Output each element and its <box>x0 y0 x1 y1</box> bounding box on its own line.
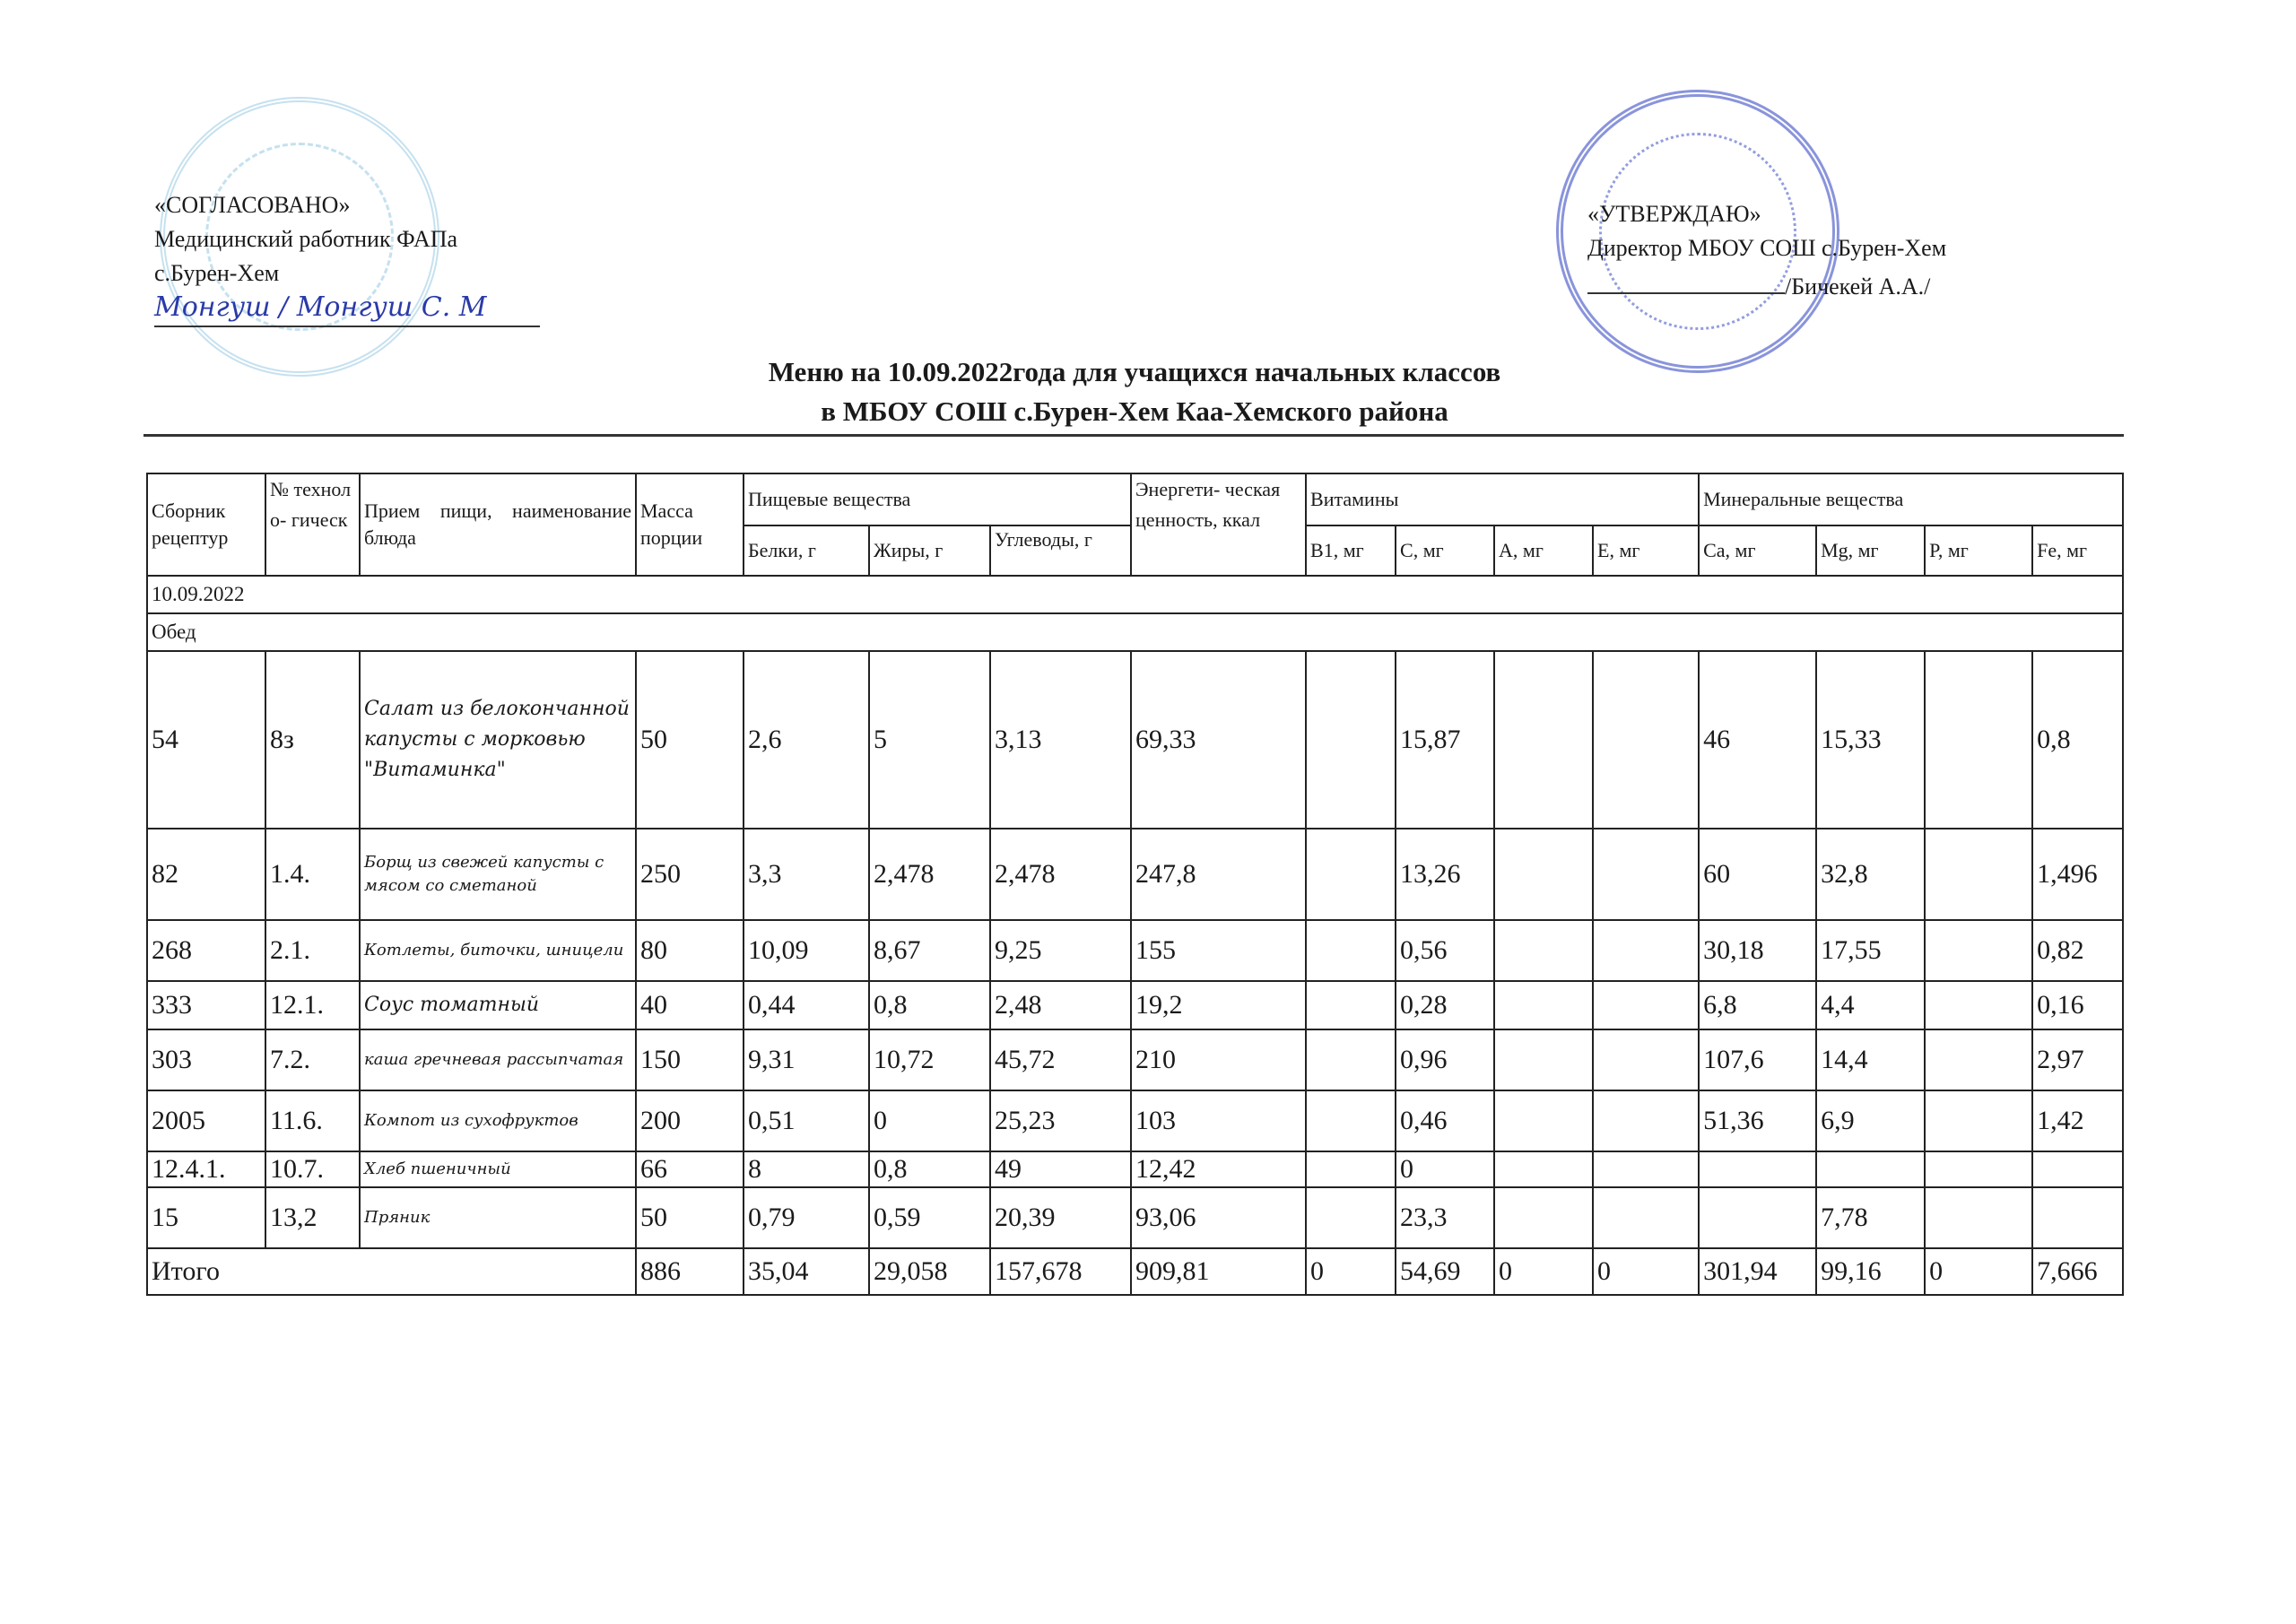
cell-mg: 7,78 <box>1816 1187 1925 1248</box>
cell-energy: 19,2 <box>1131 981 1306 1029</box>
cell-dish: каша гречневая рассыпчатая <box>360 1029 636 1090</box>
cell-dish: Компот из сухофруктов <box>360 1090 636 1151</box>
cell-mg: 6,9 <box>1816 1090 1925 1151</box>
cell-protein: 0,44 <box>744 981 869 1029</box>
approved-position: Директор МБОУ СОШ с.Бурен-Хем <box>1587 231 1946 265</box>
header-tech-no: № технол о- гическ <box>265 473 360 576</box>
header-nutrients: Пищевые вещества <box>744 473 1131 525</box>
table-row: 821.4.Борщ из свежей капусты с мясом со … <box>147 829 2123 920</box>
cell-c: 0,46 <box>1396 1090 1494 1151</box>
header-p: P, мг <box>1925 525 2032 576</box>
header-mg: Mg, мг <box>1816 525 1925 576</box>
cell-recipe: 82 <box>147 829 265 920</box>
cell-p <box>1925 651 2032 829</box>
cell-mg: 15,33 <box>1816 651 1925 829</box>
cell-e <box>1593 651 1699 829</box>
cell-fe <box>2032 1187 2123 1248</box>
cell-dish: Котлеты, биточки, шницели <box>360 920 636 981</box>
cell-recipe: 15 <box>147 1187 265 1248</box>
cell-fat: 0,8 <box>869 981 990 1029</box>
cell-b1 <box>1306 651 1396 829</box>
total-e: 0 <box>1593 1248 1699 1295</box>
cell-mg: 14,4 <box>1816 1029 1925 1090</box>
cell-carbs: 45,72 <box>990 1029 1131 1090</box>
cell-fat: 8,67 <box>869 920 990 981</box>
cell-fat: 2,478 <box>869 829 990 920</box>
menu-table: Сборник рецептур № технол о- гическ Прие… <box>146 473 2124 1296</box>
total-protein: 35,04 <box>744 1248 869 1295</box>
cell-protein: 0,79 <box>744 1187 869 1248</box>
cell-recipe: 54 <box>147 651 265 829</box>
cell-mg: 4,4 <box>1816 981 1925 1029</box>
total-c: 54,69 <box>1396 1248 1494 1295</box>
header-protein: Белки, г <box>744 525 869 576</box>
cell-dish: Борщ из свежей капусты с мясом со сметан… <box>360 829 636 920</box>
table-row: 3037.2.каша гречневая рассыпчатая1509,31… <box>147 1029 2123 1090</box>
cell-mass: 200 <box>636 1090 744 1151</box>
cell-fe: 0,16 <box>2032 981 2123 1029</box>
cell-protein: 3,3 <box>744 829 869 920</box>
total-mg: 99,16 <box>1816 1248 1925 1295</box>
cell-mg <box>1816 1151 1925 1187</box>
agreed-signature-line: Монгуш / Монгуш С. М <box>154 291 540 327</box>
cell-carbs: 2,48 <box>990 981 1131 1029</box>
cell-p <box>1925 829 2032 920</box>
header-energy: Энергети- ческая ценность, ккал <box>1131 473 1306 576</box>
cell-c: 15,87 <box>1396 651 1494 829</box>
cell-fe: 1,496 <box>2032 829 2123 920</box>
cell-ca <box>1699 1187 1816 1248</box>
header-vitamins: Витамины <box>1306 473 1699 525</box>
table-row: 200511.6.Компот из сухофруктов2000,51025… <box>147 1090 2123 1151</box>
cell-energy: 69,33 <box>1131 651 1306 829</box>
cell-a <box>1494 1187 1593 1248</box>
cell-tech: 7.2. <box>265 1029 360 1090</box>
title-underline <box>143 434 2124 437</box>
approved-signature-line <box>1587 265 1785 294</box>
cell-protein: 9,31 <box>744 1029 869 1090</box>
cell-mass: 50 <box>636 1187 744 1248</box>
cell-e <box>1593 829 1699 920</box>
cell-recipe: 12.4.1. <box>147 1151 265 1187</box>
agreed-location: с.Бурен-Хем <box>154 256 540 291</box>
cell-mass: 50 <box>636 651 744 829</box>
header-b1: B1, мг <box>1306 525 1396 576</box>
cell-a <box>1494 1151 1593 1187</box>
cell-p <box>1925 981 2032 1029</box>
cell-ca <box>1699 1151 1816 1187</box>
table-row: 1513,2Пряник500,790,5920,3993,0623,37,78 <box>147 1187 2123 1248</box>
cell-c: 0 <box>1396 1151 1494 1187</box>
cell-mass: 150 <box>636 1029 744 1090</box>
total-energy: 909,81 <box>1131 1248 1306 1295</box>
cell-protein: 8 <box>744 1151 869 1187</box>
cell-c: 0,28 <box>1396 981 1494 1029</box>
cell-fe: 2,97 <box>2032 1029 2123 1090</box>
cell-b1 <box>1306 981 1396 1029</box>
agreed-heading: «СОГЛАСОВАНО» <box>154 188 540 222</box>
date-row: 10.09.2022 <box>147 576 2123 613</box>
cell-tech: 10.7. <box>265 1151 360 1187</box>
header-dish: Прием пищи, наименование блюда <box>360 473 636 576</box>
cell-tech: 8з <box>265 651 360 829</box>
cell-e <box>1593 920 1699 981</box>
cell-p <box>1925 1151 2032 1187</box>
cell-energy: 103 <box>1131 1090 1306 1151</box>
total-fat: 29,058 <box>869 1248 990 1295</box>
header-recipe-book: Сборник рецептур <box>147 473 265 576</box>
cell-c: 0,56 <box>1396 920 1494 981</box>
total-ca: 301,94 <box>1699 1248 1816 1295</box>
cell-e <box>1593 1151 1699 1187</box>
cell-e <box>1593 981 1699 1029</box>
header-minerals: Минеральные вещества <box>1699 473 2123 525</box>
cell-b1 <box>1306 1090 1396 1151</box>
meal-row: Обед <box>147 613 2123 651</box>
cell-protein: 0,51 <box>744 1090 869 1151</box>
approved-block: «УТВЕРЖДАЮ» Директор МБОУ СОШ с.Бурен-Хе… <box>1587 197 1946 304</box>
cell-energy: 247,8 <box>1131 829 1306 920</box>
total-label: Итого <box>147 1248 636 1295</box>
cell-carbs: 25,23 <box>990 1090 1131 1151</box>
header-mass: Масса порции <box>636 473 744 576</box>
cell-mass: 66 <box>636 1151 744 1187</box>
cell-a <box>1494 920 1593 981</box>
cell-b1 <box>1306 829 1396 920</box>
cell-fat: 0,59 <box>869 1187 990 1248</box>
approved-heading: «УТВЕРЖДАЮ» <box>1587 197 1946 231</box>
cell-recipe: 333 <box>147 981 265 1029</box>
cell-p <box>1925 1187 2032 1248</box>
cell-carbs: 9,25 <box>990 920 1131 981</box>
cell-c: 23,3 <box>1396 1187 1494 1248</box>
cell-a <box>1494 1090 1593 1151</box>
cell-p <box>1925 920 2032 981</box>
total-a: 0 <box>1494 1248 1593 1295</box>
cell-a <box>1494 1029 1593 1090</box>
header-carbs: Углеводы, г <box>990 525 1131 576</box>
total-mass: 886 <box>636 1248 744 1295</box>
cell-a <box>1494 981 1593 1029</box>
cell-tech: 12.1. <box>265 981 360 1029</box>
cell-energy: 93,06 <box>1131 1187 1306 1248</box>
cell-fat: 5 <box>869 651 990 829</box>
cell-a <box>1494 829 1593 920</box>
cell-energy: 12,42 <box>1131 1151 1306 1187</box>
cell-fat: 0,8 <box>869 1151 990 1187</box>
cell-ca: 51,36 <box>1699 1090 1816 1151</box>
cell-mass: 40 <box>636 981 744 1029</box>
cell-protein: 2,6 <box>744 651 869 829</box>
cell-recipe: 2005 <box>147 1090 265 1151</box>
cell-carbs: 3,13 <box>990 651 1131 829</box>
cell-dish: Соус томатный <box>360 981 636 1029</box>
cell-recipe: 303 <box>147 1029 265 1090</box>
cell-tech: 13,2 <box>265 1187 360 1248</box>
cell-recipe: 268 <box>147 920 265 981</box>
cell-p <box>1925 1029 2032 1090</box>
table-row: 548зСалат из белокончанной капусты с мор… <box>147 651 2123 829</box>
agreed-block: «СОГЛАСОВАНО» Медицинский работник ФАПа … <box>154 188 540 327</box>
cell-p <box>1925 1090 2032 1151</box>
cell-b1 <box>1306 1151 1396 1187</box>
cell-ca: 30,18 <box>1699 920 1816 981</box>
cell-c: 13,26 <box>1396 829 1494 920</box>
header-a: A, мг <box>1494 525 1593 576</box>
header-c: C, мг <box>1396 525 1494 576</box>
title-line-1: Меню на 10.09.2022года для учащихся нача… <box>143 352 2126 392</box>
table-row: 33312.1.Соус томатный400,440,82,4819,20,… <box>147 981 2123 1029</box>
cell-e <box>1593 1187 1699 1248</box>
cell-carbs: 2,478 <box>990 829 1131 920</box>
total-carbs: 157,678 <box>990 1248 1131 1295</box>
cell-mass: 250 <box>636 829 744 920</box>
cell-energy: 210 <box>1131 1029 1306 1090</box>
cell-e <box>1593 1029 1699 1090</box>
cell-b1 <box>1306 1187 1396 1248</box>
cell-a <box>1494 651 1593 829</box>
cell-energy: 155 <box>1131 920 1306 981</box>
cell-ca: 6,8 <box>1699 981 1816 1029</box>
cell-dish: Пряник <box>360 1187 636 1248</box>
cell-fe <box>2032 1151 2123 1187</box>
cell-ca: 60 <box>1699 829 1816 920</box>
cell-carbs: 20,39 <box>990 1187 1131 1248</box>
total-fe: 7,666 <box>2032 1248 2123 1295</box>
header-fe: Fe, мг <box>2032 525 2123 576</box>
cell-b1 <box>1306 920 1396 981</box>
header-ca: Ca, мг <box>1699 525 1816 576</box>
cell-dish: Хлеб пшеничный <box>360 1151 636 1187</box>
header-fat: Жиры, г <box>869 525 990 576</box>
cell-dish: Салат из белокончанной капусты с морковь… <box>360 651 636 829</box>
cell-fat: 0 <box>869 1090 990 1151</box>
cell-fe: 0,82 <box>2032 920 2123 981</box>
cell-mg: 32,8 <box>1816 829 1925 920</box>
total-p: 0 <box>1925 1248 2032 1295</box>
cell-fe: 0,8 <box>2032 651 2123 829</box>
cell-protein: 10,09 <box>744 920 869 981</box>
cell-carbs: 49 <box>990 1151 1131 1187</box>
agreed-signature: Монгуш / Монгуш С. М <box>154 291 487 323</box>
cell-tech: 11.6. <box>265 1090 360 1151</box>
approved-name: /Бичекей А.А./ <box>1785 274 1930 300</box>
cell-mass: 80 <box>636 920 744 981</box>
cell-c: 0,96 <box>1396 1029 1494 1090</box>
total-row: Итого88635,0429,058157,678909,81054,6900… <box>147 1248 2123 1295</box>
document-title: Меню на 10.09.2022года для учащихся нача… <box>143 352 2126 431</box>
cell-b1 <box>1306 1029 1396 1090</box>
table-row: 12.4.1.10.7.Хлеб пшеничный6680,84912,420 <box>147 1151 2123 1187</box>
header-e: E, мг <box>1593 525 1699 576</box>
cell-e <box>1593 1090 1699 1151</box>
cell-tech: 2.1. <box>265 920 360 981</box>
cell-ca: 46 <box>1699 651 1816 829</box>
cell-mg: 17,55 <box>1816 920 1925 981</box>
cell-fe: 1,42 <box>2032 1090 2123 1151</box>
cell-tech: 1.4. <box>265 829 360 920</box>
table-row: 2682.1.Котлеты, биточки, шницели8010,098… <box>147 920 2123 981</box>
total-b1: 0 <box>1306 1248 1396 1295</box>
title-line-2: в МБОУ СОШ с.Бурен-Хем Каа-Хемского райо… <box>143 392 2126 431</box>
agreed-position: Медицинский работник ФАПа <box>154 222 540 256</box>
cell-ca: 107,6 <box>1699 1029 1816 1090</box>
cell-fat: 10,72 <box>869 1029 990 1090</box>
